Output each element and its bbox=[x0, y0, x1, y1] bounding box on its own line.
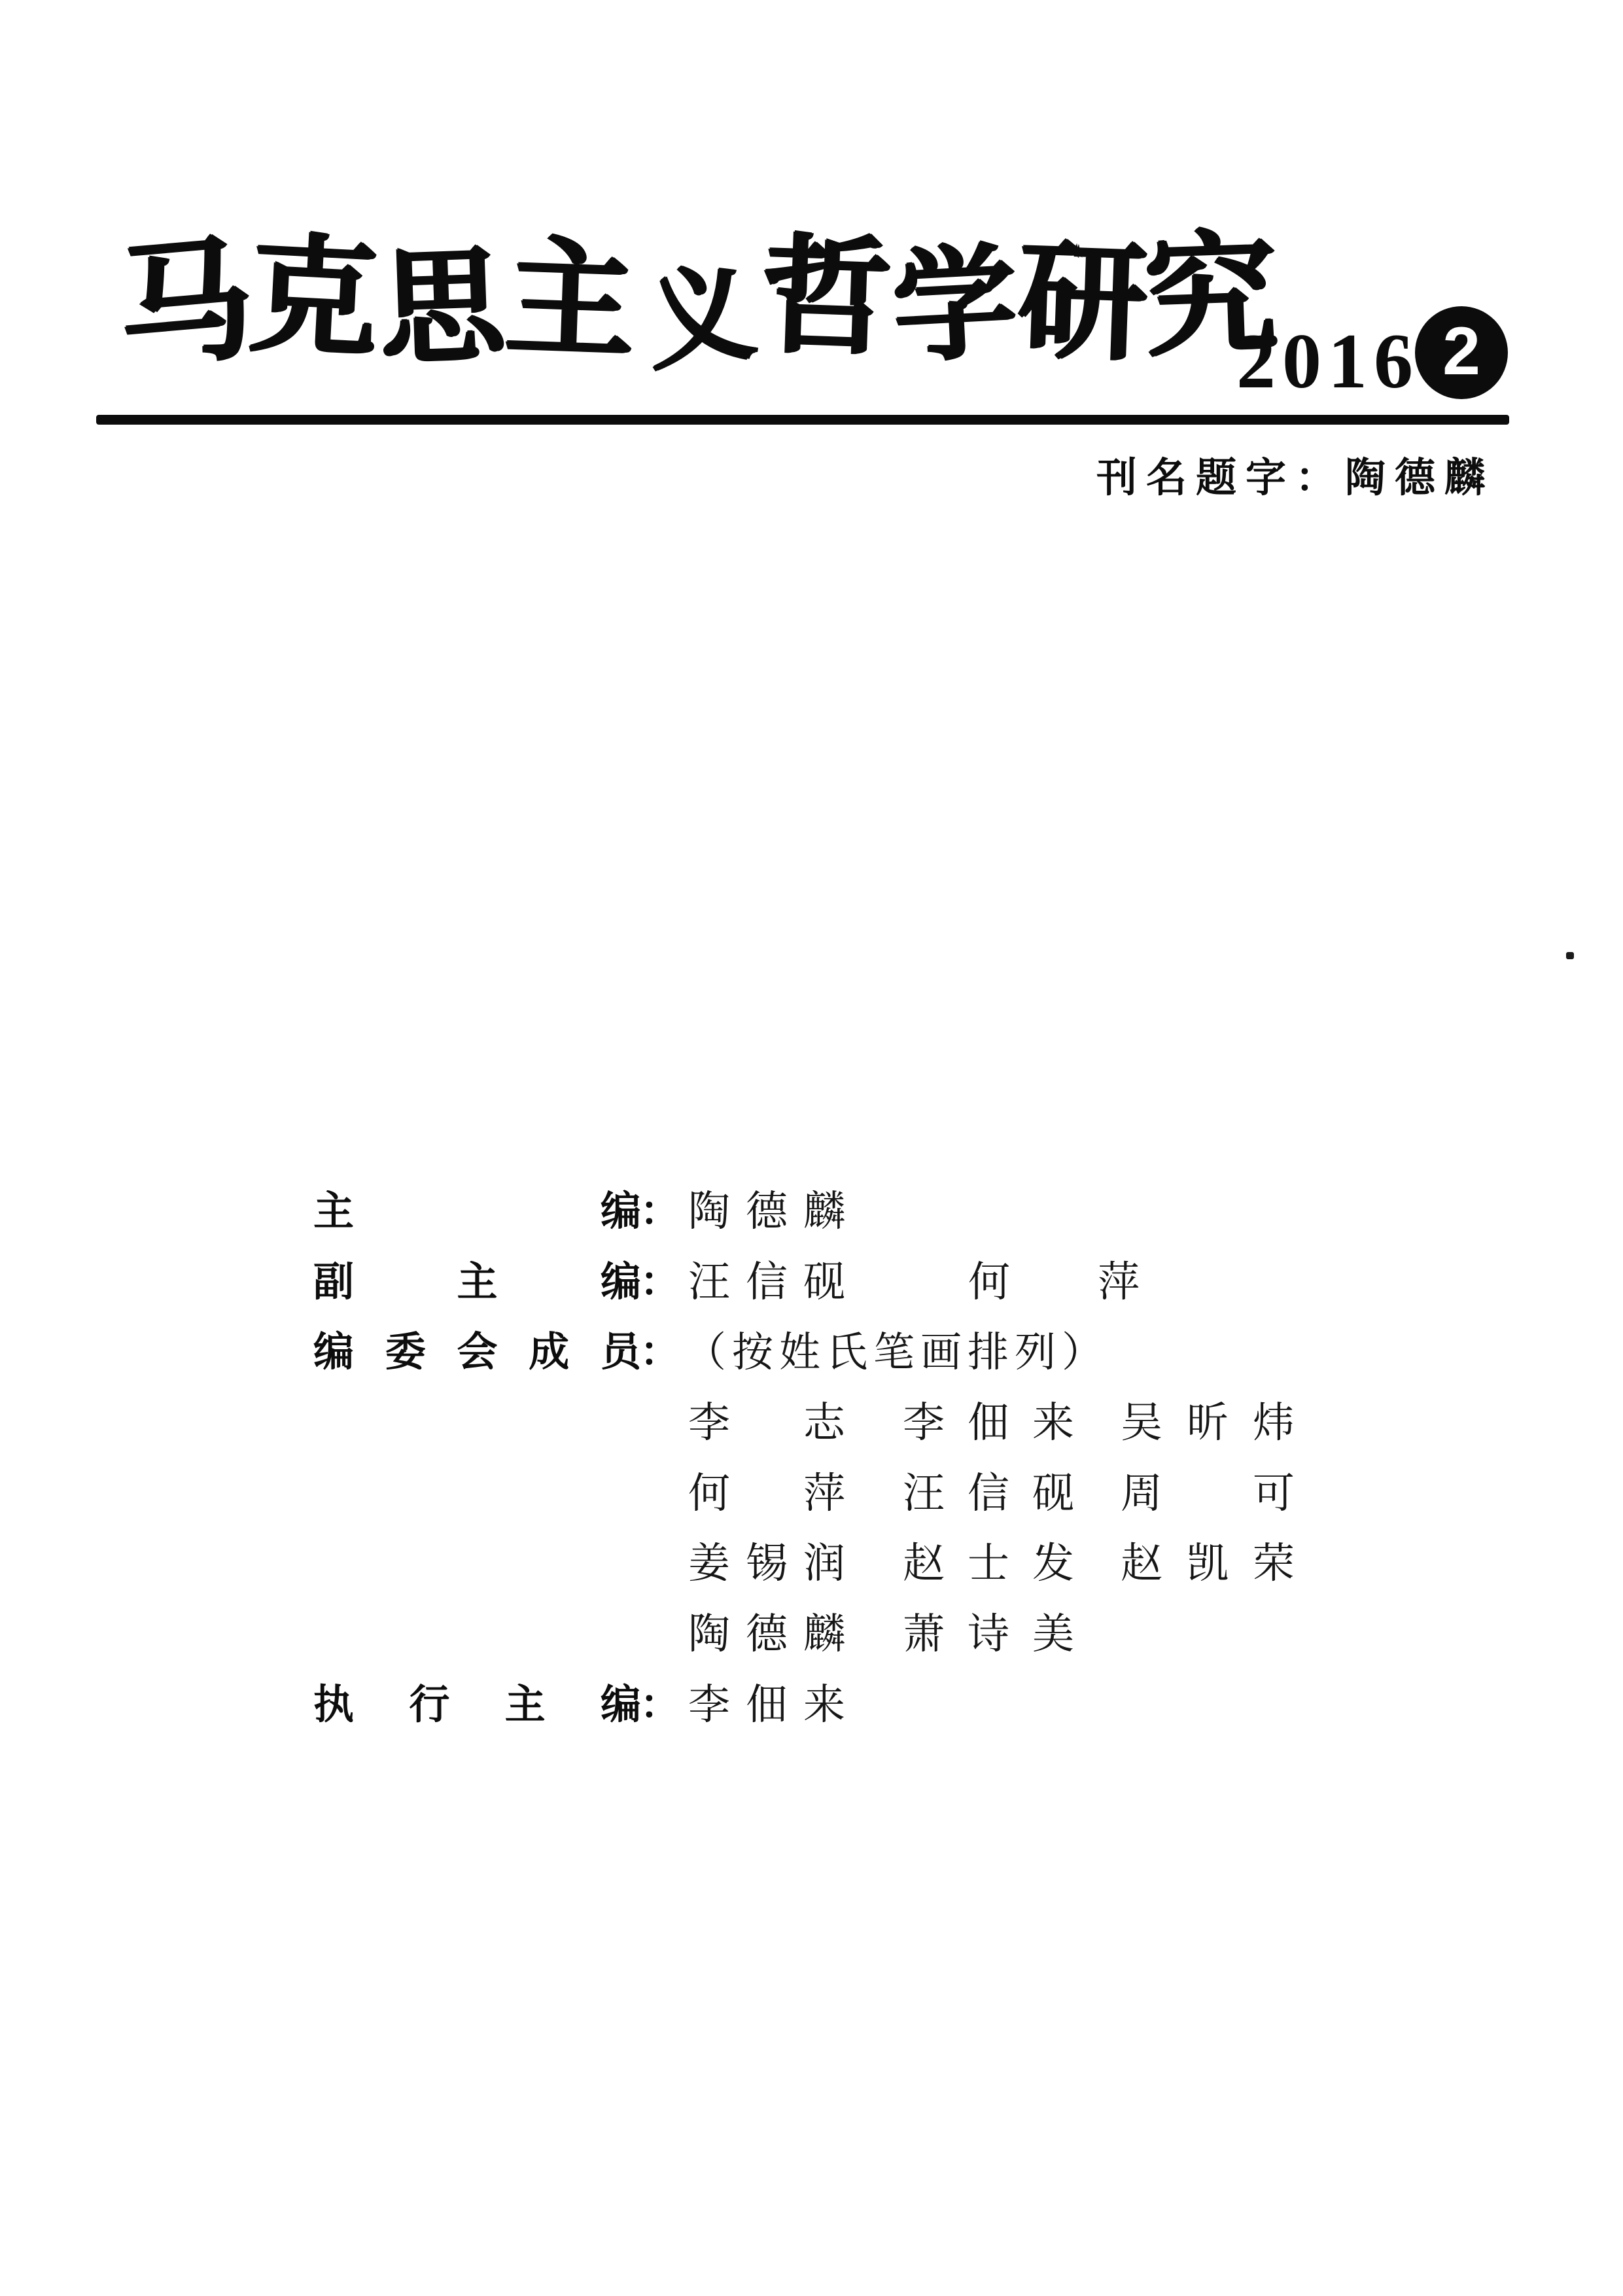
board-members-label: 编委会成员 bbox=[313, 1326, 641, 1379]
masthead-rule bbox=[96, 415, 1509, 425]
journal-title-calligraphy: 马克思主义哲学研究 bbox=[121, 236, 1200, 419]
executive-editor-label: 执行主编 bbox=[313, 1679, 641, 1731]
board-member-name: 李佃来 bbox=[903, 1397, 1074, 1449]
board-member-name: 汪信砚 bbox=[903, 1468, 1074, 1520]
circled-number-icon: 2 bbox=[1442, 317, 1480, 385]
label-colon: ： bbox=[640, 1679, 692, 1731]
board-member-name: 吴昕炜 bbox=[1121, 1397, 1295, 1449]
board-member-name: 姜锡润 bbox=[688, 1538, 845, 1590]
title-inscription-credit: 刊名题字：陶德麟 bbox=[1096, 456, 1494, 501]
issue-year: 2016 bbox=[1236, 322, 1420, 400]
deputy-editors-row: 副主编 ： 汪信砚 何萍 bbox=[0, 1256, 1623, 1316]
board-member-name: 萧诗美 bbox=[903, 1608, 1074, 1661]
board-member-name: 周可 bbox=[1121, 1468, 1295, 1520]
board-members-row: 何萍 汪信砚 周可 bbox=[0, 1468, 1623, 1528]
executive-editor-name: 李佃来 bbox=[688, 1679, 845, 1731]
chief-editor-row: 主编 ： 陶德麟 bbox=[0, 1186, 1623, 1246]
board-member-name: 赵凯荣 bbox=[1121, 1538, 1295, 1590]
deputy-editor-label: 副主编 bbox=[313, 1256, 641, 1309]
scan-speck bbox=[1566, 952, 1574, 959]
chief-editor-label: 主编 bbox=[313, 1186, 641, 1238]
sort-order-note: （按姓氏笔画排列） bbox=[685, 1326, 1109, 1379]
executive-editor-row: 执行主编 ： 李佃来 bbox=[0, 1679, 1623, 1739]
board-member-name: 赵士发 bbox=[903, 1538, 1074, 1590]
label-colon: ： bbox=[640, 1186, 692, 1238]
issue-number-badge: 2 bbox=[1415, 306, 1508, 399]
board-members-row: 李志 李佃来 吴昕炜 bbox=[0, 1397, 1623, 1457]
chief-editor-name: 陶德麟 bbox=[688, 1186, 845, 1238]
journal-title-page: 马克思主义哲学研究 2016 2 刊名题字：陶德麟 主编 ： 陶德麟 副主编 ：… bbox=[0, 0, 1623, 2296]
label-colon: ： bbox=[640, 1326, 692, 1379]
board-member-name: 李志 bbox=[688, 1397, 845, 1449]
board-member-name: 何萍 bbox=[688, 1468, 845, 1520]
board-member-name: 陶德麟 bbox=[688, 1608, 845, 1661]
deputy-editor-name: 何萍 bbox=[968, 1256, 1140, 1309]
board-members-header-row: 编委会成员 ： （按姓氏笔画排列） bbox=[0, 1326, 1623, 1386]
label-colon: ： bbox=[640, 1256, 692, 1309]
deputy-editor-name: 汪信砚 bbox=[688, 1256, 845, 1309]
board-members-row: 姜锡润 赵士发 赵凯荣 bbox=[0, 1538, 1623, 1598]
board-members-row: 陶德麟 萧诗美 bbox=[0, 1608, 1623, 1669]
